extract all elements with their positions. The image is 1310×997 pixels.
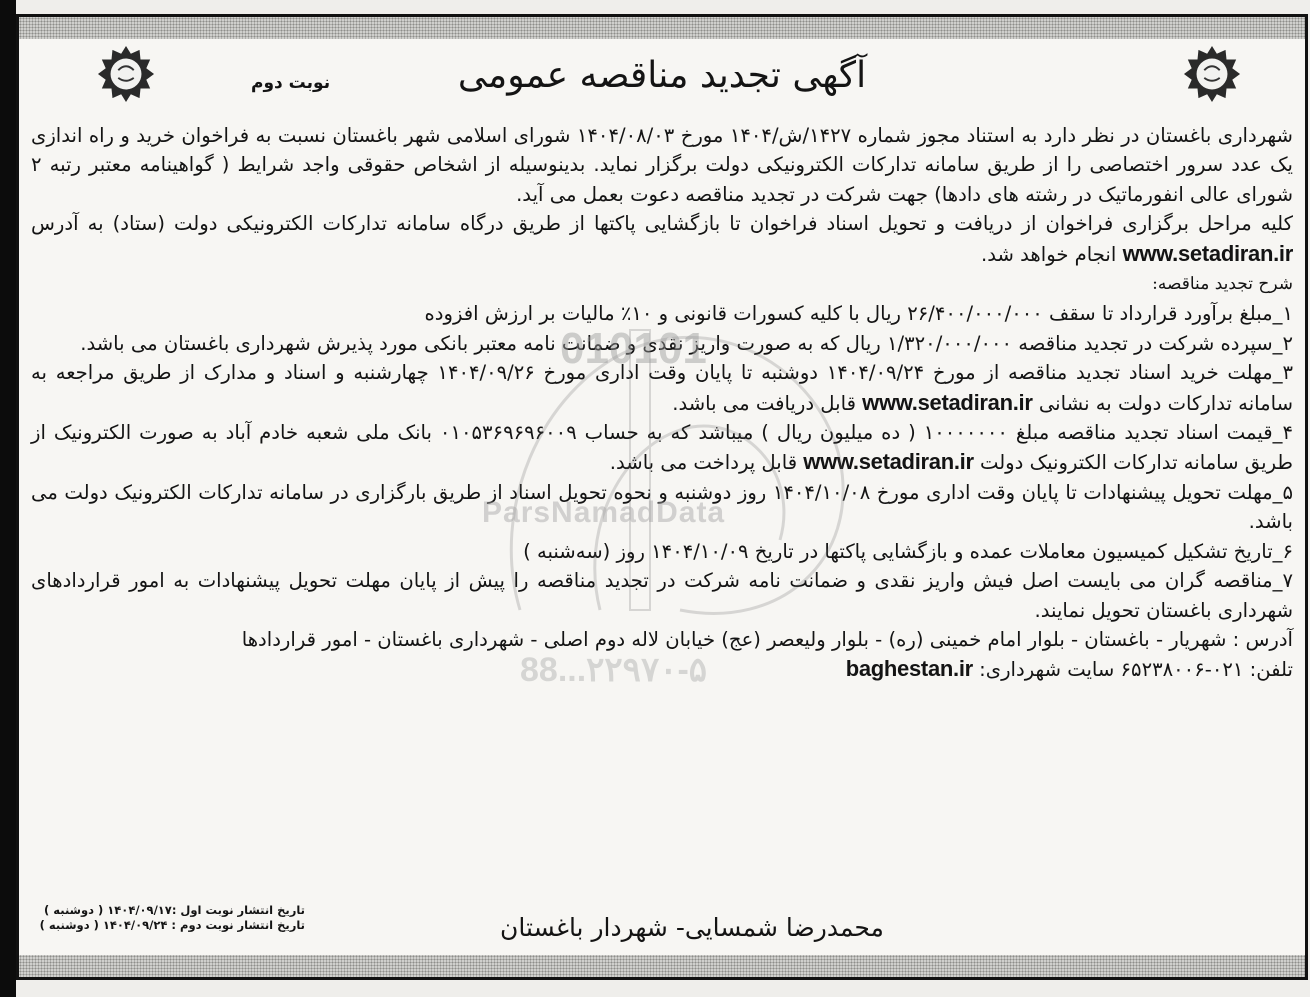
watermark-name: ParsNamadData xyxy=(482,496,725,530)
portal-tail: انجام خواهد شد. xyxy=(981,243,1116,266)
list-item: ۷_مناقصه گران می بایست اصل فیش واریز نقد… xyxy=(31,566,1293,625)
publication-dates: تاریخ انتشار نوبت اول :۱۴۰۴/۰۹/۱۷ ( دوشن… xyxy=(23,903,305,933)
website-link[interactable]: baghestan.ir xyxy=(846,656,973,681)
item-number: ۷ xyxy=(1282,569,1293,592)
notice-body: شهرداری باغستان در نظر دارد به استناد مج… xyxy=(31,121,1293,685)
top-pattern-band xyxy=(19,17,1305,39)
intro-paragraph: شهرداری باغستان در نظر دارد به استناد مج… xyxy=(31,121,1293,209)
bottom-pattern-band xyxy=(19,955,1305,977)
item-text: مناقصه گران می بایست اصل فیش واریز نقدی … xyxy=(31,569,1293,621)
notice-header: آگهی تجدید مناقصه عمومی نوبت دوم xyxy=(19,39,1305,129)
setadiran-link[interactable]: www.setadiran.ir xyxy=(803,449,973,474)
item-number: ۲ xyxy=(1282,332,1293,355)
first-publication-date: تاریخ انتشار نوبت اول :۱۴۰۴/۰۹/۱۷ ( دوشن… xyxy=(23,903,305,918)
portal-paragraph: کلیه مراحل برگزاری فراخوان از دریافت و ت… xyxy=(31,209,1293,269)
item-number: ۳ xyxy=(1282,361,1293,384)
watermark-digits: 010101 xyxy=(560,330,707,368)
list-item: ۶_تاریخ تشکیل کمیسیون معاملات عمده و باز… xyxy=(31,537,1293,566)
list-item: ۴_قیمت اسناد تجدید مناقصه مبلغ ۱۰۰۰۰۰۰۰ … xyxy=(31,418,1293,478)
scan-edge xyxy=(0,0,16,997)
item-number: ۶ xyxy=(1282,540,1293,563)
item-number: ۴ xyxy=(1282,421,1293,444)
item-number: ۵ xyxy=(1282,481,1293,504)
notice-title: آگهی تجدید مناقصه عمومی xyxy=(19,55,1305,96)
municipality-emblem-icon xyxy=(97,45,155,103)
item-text: مبلغ برآورد قرارداد تا سقف ۲۶/۴۰۰/۰۰۰/۰۰… xyxy=(425,302,1273,325)
item-text: تاریخ تشکیل کمیسیون معاملات عمده و بازگش… xyxy=(523,540,1273,563)
item-text-tail: قابل دریافت می باشد. xyxy=(672,392,856,415)
portal-text: کلیه مراحل برگزاری فراخوان از دریافت و ت… xyxy=(31,212,1293,235)
phone-text: تلفن: ۰۲۱-۶۵۲۳۸۰۰۶ سایت شهرداری: xyxy=(979,658,1293,681)
setadiran-link[interactable]: www.setadiran.ir xyxy=(862,390,1032,415)
item-number: ۱ xyxy=(1282,302,1293,325)
item-text-tail: قابل پرداخت می باشد. xyxy=(610,451,797,474)
watermark-phone: 88...۲۲۹۷۰-۵ xyxy=(520,650,707,690)
section-title: شرح تجدید مناقصه: xyxy=(31,270,1293,299)
round-label: نوبت دوم xyxy=(251,73,330,93)
setadiran-link[interactable]: www.setadiran.ir xyxy=(1123,241,1293,266)
second-publication-date: تاریخ انتشار نوبت دوم : ۱۴۰۴/۰۹/۲۴ ( دوش… xyxy=(23,918,305,933)
